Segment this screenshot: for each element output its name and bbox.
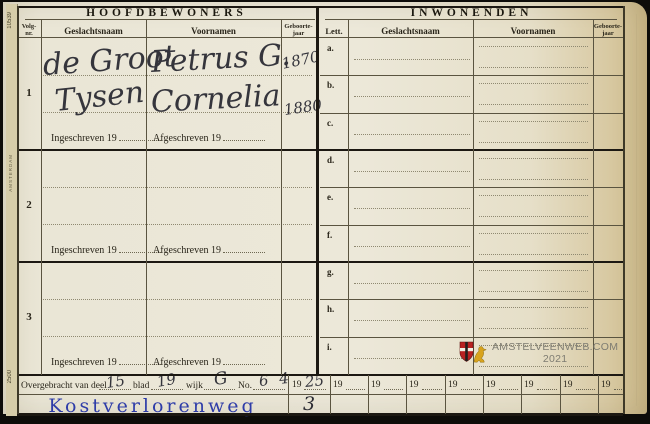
writing-line bbox=[479, 254, 588, 255]
ingeschreven-label: Ingeschreven 19 bbox=[51, 132, 161, 144]
watermark-site: AMSTELVEENWEB.COM bbox=[492, 341, 618, 353]
dotted-leader bbox=[253, 389, 285, 390]
amstelveen-crest-icon bbox=[458, 339, 488, 367]
inwonenden-row-g: g. bbox=[320, 262, 623, 300]
column-header-line: Geboorte- bbox=[593, 23, 623, 30]
grid-line bbox=[281, 20, 282, 375]
dotted-leader bbox=[422, 389, 442, 390]
writing-line bbox=[479, 216, 588, 217]
ingeschreven-label: Ingeschreven 19 bbox=[51, 244, 161, 256]
row-number: 2 bbox=[17, 199, 41, 211]
grid-line bbox=[593, 20, 594, 375]
grid-line bbox=[445, 375, 446, 414]
grid-line bbox=[483, 375, 484, 414]
watermark-text: AMSTELVEENWEB.COM 2021 bbox=[492, 341, 618, 365]
inwonenden-row-b: b. bbox=[320, 75, 623, 114]
grid-line bbox=[473, 20, 474, 375]
year-cell-label: 19 bbox=[486, 380, 496, 390]
writing-line bbox=[479, 291, 588, 292]
year-cell-label: 19 bbox=[333, 380, 343, 390]
writing-line bbox=[479, 328, 588, 329]
inwonenden-row-f: f. bbox=[320, 225, 623, 262]
afgeschreven-label: Afgeschreven 19 bbox=[153, 244, 265, 256]
column-header-volgnr: Volg- nr. bbox=[17, 23, 41, 37]
year-cell-label: 19 bbox=[601, 380, 611, 390]
grid-line bbox=[41, 20, 42, 375]
column-header-line: jaar bbox=[593, 30, 623, 37]
label-text: Ingeschreven 19 bbox=[51, 357, 117, 368]
label-text: Afgeschreven 19 bbox=[153, 245, 221, 256]
grid-line bbox=[17, 37, 623, 38]
grid-line bbox=[368, 375, 369, 414]
dotted-leader bbox=[223, 356, 265, 365]
hoofdbewoners-row-2: 2 Ingeschreven 19 Afgeschreven 19 bbox=[17, 150, 316, 262]
writing-line bbox=[479, 67, 588, 68]
column-header-line: Volg- bbox=[17, 23, 41, 30]
grid-line bbox=[521, 375, 522, 414]
overgebracht-label: Overgebracht van deel bbox=[21, 381, 107, 391]
register-card: 10539 AMSTERDAM 2500 HOOFDBEWONERS INWON… bbox=[3, 2, 647, 414]
ingeschreven-label: Ingeschreven 19 bbox=[51, 356, 161, 368]
afgeschreven-label: Afgeschreven 19 bbox=[153, 132, 265, 144]
year-cell-label: 19 bbox=[371, 380, 381, 390]
handwriting-voornamen-2: Cornelia bbox=[150, 78, 281, 120]
writing-line bbox=[479, 179, 588, 180]
spine-print-run: 2500 bbox=[7, 370, 13, 383]
column-header-geslachtsnaam-left: Geslachtsnaam bbox=[41, 26, 146, 36]
label-text: Afgeschreven 19 bbox=[153, 357, 221, 368]
grid-line bbox=[330, 375, 331, 414]
inwonenden-row-e: e. bbox=[320, 187, 623, 226]
column-header-voornamen-left: Voornamen bbox=[146, 26, 281, 36]
year-cell-label: 19 bbox=[448, 380, 458, 390]
dotted-leader bbox=[223, 132, 265, 141]
grid-line bbox=[17, 6, 19, 414]
year-cell-label: 19 bbox=[563, 380, 573, 390]
grid-line bbox=[598, 375, 599, 414]
letter-label: g. bbox=[327, 267, 334, 277]
letter-label: d. bbox=[327, 155, 334, 165]
watermark-year: 2021 bbox=[492, 353, 618, 365]
dotted-leader bbox=[461, 389, 480, 390]
writing-line bbox=[479, 142, 588, 143]
afgeschreven-label: Afgeschreven 19 bbox=[153, 356, 265, 368]
blad-value: 19 bbox=[155, 370, 177, 391]
label-text: Ingeschreven 19 bbox=[51, 245, 117, 256]
grid-line bbox=[17, 394, 623, 395]
dotted-leader bbox=[499, 389, 518, 390]
dotted-leader bbox=[576, 389, 595, 390]
grid-line bbox=[288, 375, 289, 414]
page-edge-crease bbox=[636, 14, 637, 406]
grid-line bbox=[17, 374, 623, 376]
dotted-leader bbox=[384, 389, 403, 390]
spine-form-number: 10539 bbox=[7, 12, 13, 29]
grid-line bbox=[25, 19, 315, 20]
grid-line bbox=[325, 19, 617, 20]
inwonenden-row-h: h. bbox=[320, 299, 623, 338]
writing-line bbox=[479, 104, 588, 105]
hoofdbewoners-row-3: 3 Ingeschreven 19 Afgeschreven 19 bbox=[17, 262, 316, 374]
column-header-line: nr. bbox=[17, 30, 41, 37]
column-header-line: jaar bbox=[281, 30, 316, 37]
letter-label: e. bbox=[327, 192, 333, 202]
grid-line bbox=[17, 149, 623, 151]
letter-label: b. bbox=[327, 80, 334, 90]
grid-line bbox=[623, 6, 625, 414]
inwonenden-row-d: d. bbox=[320, 150, 623, 188]
grid-line bbox=[406, 375, 407, 414]
no-label: No. bbox=[238, 381, 252, 391]
inwonenden-row-a: a. bbox=[320, 38, 623, 76]
column-header-geboortejaar-left: Geboorte- jaar bbox=[281, 23, 316, 37]
watermark: AMSTELVEENWEB.COM 2021 bbox=[458, 339, 618, 367]
grid-line bbox=[17, 6, 623, 8]
column-header-lett: Lett. bbox=[320, 26, 348, 36]
letter-label: f. bbox=[327, 230, 332, 240]
letter-label: i. bbox=[327, 342, 332, 352]
row-number: 3 bbox=[17, 311, 41, 323]
dotted-leader bbox=[223, 244, 265, 253]
column-header-geboortejaar-right: Geboorte- jaar bbox=[593, 23, 623, 37]
year-cell-label: 19 bbox=[524, 380, 534, 390]
dotted-leader bbox=[346, 389, 365, 390]
section-title-inwonenden: INWONENDEN bbox=[320, 7, 623, 19]
year-cell-label: 19 bbox=[409, 380, 419, 390]
dotted-leader bbox=[614, 389, 622, 390]
inwonenden-row-c: c. bbox=[320, 113, 623, 150]
grid-line bbox=[146, 20, 147, 375]
handwriting-voornamen-1: Petrus G. bbox=[150, 38, 291, 80]
section-title-hoofdbewoners: HOOFDBEWONERS bbox=[17, 7, 316, 19]
grid-line bbox=[17, 413, 623, 416]
grid-line bbox=[316, 6, 319, 375]
wijk-value: G bbox=[213, 368, 229, 390]
row-number: 1 bbox=[17, 87, 41, 99]
letter-label: h. bbox=[327, 304, 334, 314]
label-text: Afgeschreven 19 bbox=[153, 133, 221, 144]
house-number: 3 bbox=[288, 393, 330, 415]
grid-line bbox=[348, 20, 349, 375]
spine-printer-text: AMSTERDAM bbox=[8, 154, 13, 192]
first-year-label: 19 bbox=[292, 380, 302, 390]
column-header-line: Geboorte- bbox=[281, 23, 316, 30]
column-header-geslachtsnaam-right: Geslachtsnaam bbox=[348, 26, 473, 36]
grid-line bbox=[17, 261, 623, 263]
column-header-voornamen-right: Voornamen bbox=[473, 26, 593, 36]
letter-label: c. bbox=[327, 118, 333, 128]
blad-label: blad bbox=[133, 381, 149, 391]
label-text: Ingeschreven 19 bbox=[51, 133, 117, 144]
wijk-label: wijk bbox=[186, 381, 203, 391]
grid-line bbox=[560, 375, 561, 414]
letter-label: a. bbox=[327, 43, 334, 53]
dotted-leader bbox=[537, 389, 557, 390]
